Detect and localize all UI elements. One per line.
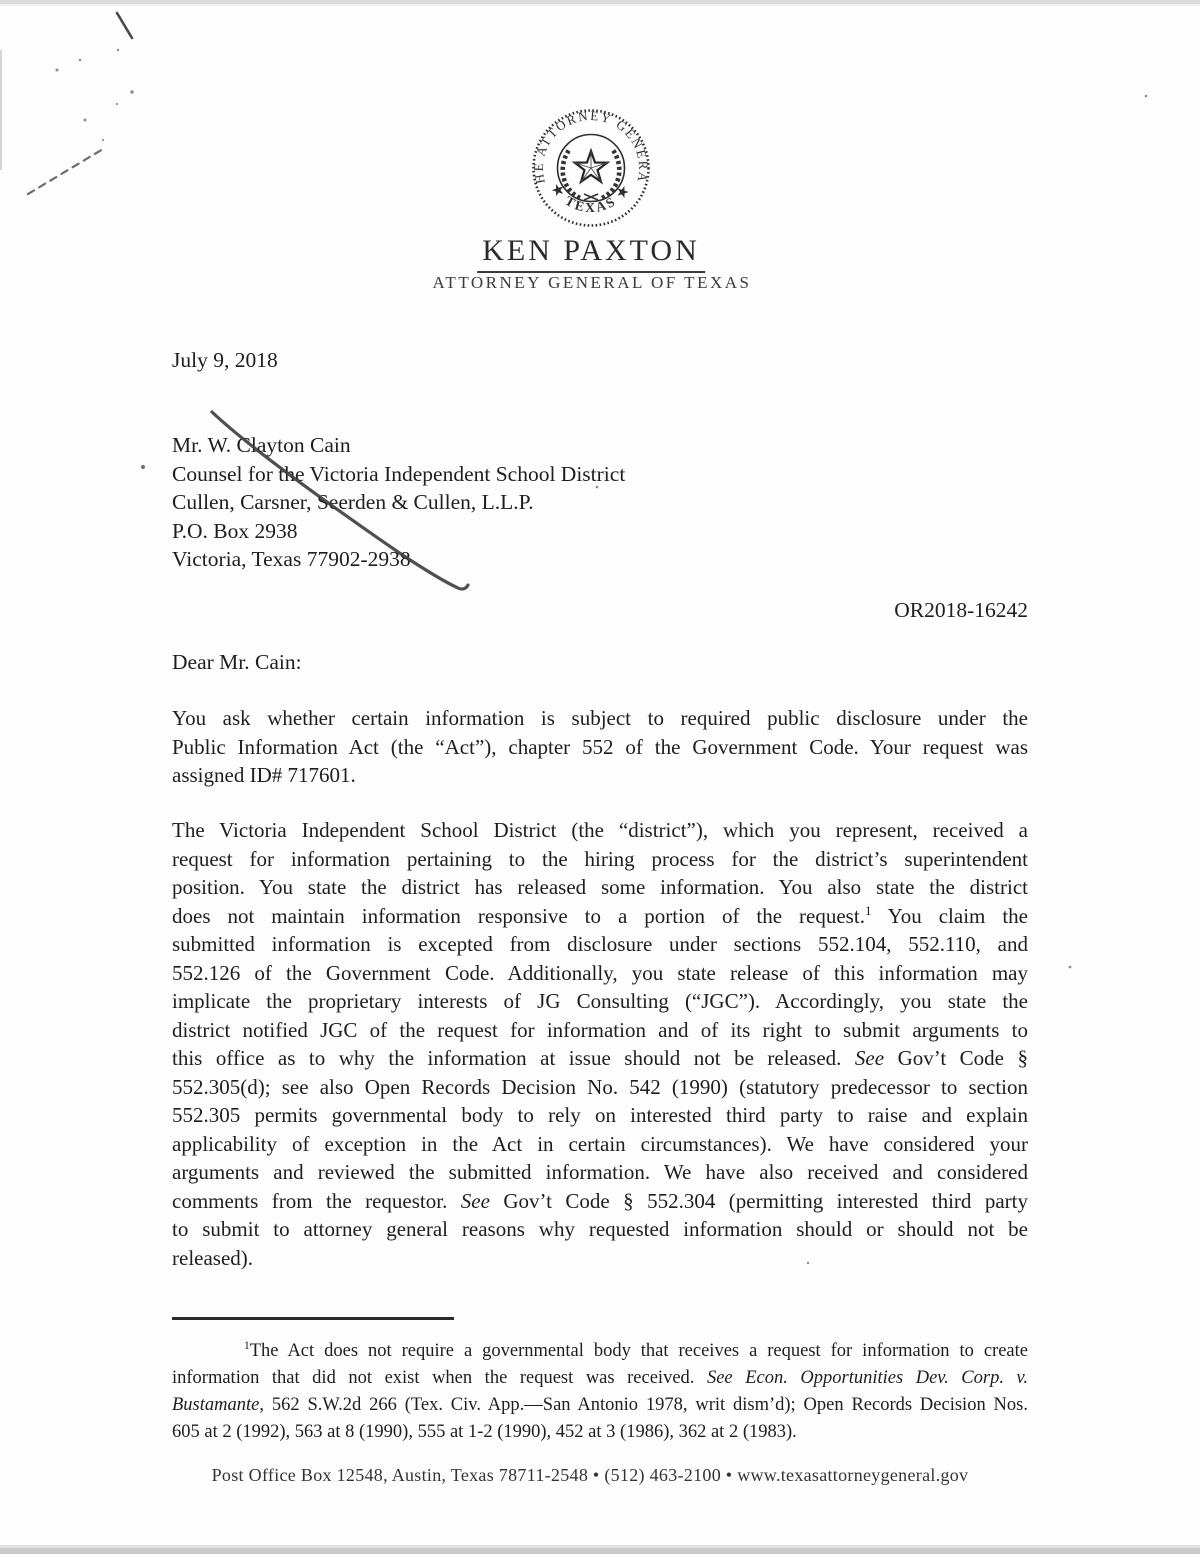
paragraph-2: The Victoria Independent School District… (172, 816, 1028, 1272)
footer-contact: Post Office Box 12548, Austin, Texas 787… (0, 1465, 1180, 1486)
letter-date: July 9, 2018 (172, 348, 1028, 373)
footnote-separator (172, 1317, 454, 1320)
attorney-general-seal: THE ATTORNEY GENERAL ★ TEXAS ★ (530, 106, 652, 230)
scan-edge-top (0, 0, 1200, 4)
footnote: 1The Act does not require a governmental… (172, 1338, 1028, 1446)
letter-page: THE ATTORNEY GENERAL ★ TEXAS ★ KEN PAXTO… (0, 0, 1200, 1554)
letterhead-name: KEN PAXTON (477, 234, 705, 273)
scan-edge-bottom (0, 1548, 1200, 1554)
seal-bottom-arc-text: ★ TEXAS ★ (549, 181, 634, 215)
pencil-dashed-mark (28, 149, 103, 194)
paragraph-1: You ask whether certain information is s… (172, 704, 1028, 790)
salutation: Dear Mr. Cain: (172, 650, 1028, 675)
star-icon (575, 151, 607, 182)
letterhead-title: ATTORNEY GENERAL OF TEXAS (433, 273, 752, 293)
scan-edge-left (0, 50, 2, 170)
pen-slash-mark (117, 13, 132, 38)
reference-number: OR2018-16242 (172, 598, 1028, 623)
recipient-address: Mr. W. Clayton CainCounsel for the Victo… (172, 431, 1028, 574)
